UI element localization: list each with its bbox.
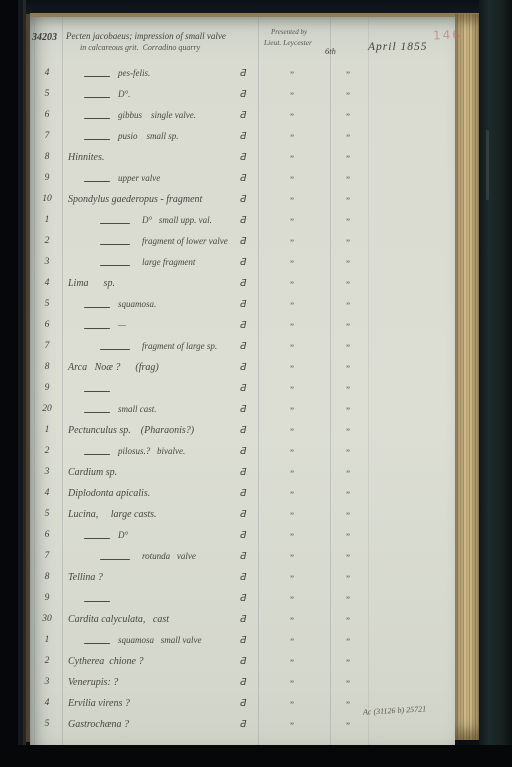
ditto-mark-date: ” (342, 637, 354, 647)
row-number: 2 (33, 236, 61, 246)
ditto-dash (100, 349, 130, 350)
ditto-mark-donor: ” (286, 721, 298, 731)
ditto-mark-date: ” (342, 448, 354, 458)
register-row: 8Tellina ?Ƌ”” (30, 568, 455, 589)
ditto-mark-donor: ” (286, 91, 298, 101)
book-photo: 34203 Pecten jacobaeus; impression of sm… (0, 0, 512, 767)
ditto-dash (84, 454, 110, 455)
column-mark: Ƌ (236, 530, 250, 541)
register-row: 5Gastrochæna ?Ƌ”” (30, 715, 455, 736)
cover-highlight (486, 130, 489, 200)
ditto-dash (100, 559, 130, 560)
row-entry-text: Hinnites. (68, 152, 104, 163)
ditto-mark-donor: ” (286, 469, 298, 479)
ditto-mark-date: ” (342, 70, 354, 80)
register-row: 8Hinnites.Ƌ”” (30, 148, 455, 169)
row-number: 6 (33, 320, 61, 330)
row-entry-text: Venerupis: ? (68, 677, 118, 688)
column-mark: Ƌ (236, 677, 250, 688)
ditto-mark-date: ” (342, 511, 354, 521)
ditto-mark-date: ” (342, 238, 354, 248)
ditto-mark-date: ” (342, 154, 354, 164)
donor-name: Lieut. Leycester (264, 38, 312, 47)
ditto-mark-donor: ” (286, 238, 298, 248)
row-number: 9 (33, 593, 61, 603)
column-mark: Ƌ (236, 635, 250, 646)
register-row: 7rotunda valveƋ”” (30, 547, 455, 568)
register-row: 3Cardium sp.Ƌ”” (30, 463, 455, 484)
ditto-mark-date: ” (342, 112, 354, 122)
column-mark: Ƌ (236, 257, 250, 268)
row-entry-text: Spondylus gaederopus - fragment (68, 194, 202, 205)
column-mark: Ƌ (236, 215, 250, 226)
column-mark: Ƌ (236, 173, 250, 184)
register-row: 1squamosa small valveƋ”” (30, 631, 455, 652)
entry-heading-line1: Pecten jacobaeus; impression of small va… (66, 31, 226, 41)
ditto-mark-date: ” (342, 322, 354, 332)
row-number: 9 (33, 383, 61, 393)
register-row: 6D°Ƌ”” (30, 526, 455, 547)
register-row: 9upper valveƋ”” (30, 169, 455, 190)
ditto-mark-date: ” (342, 595, 354, 605)
row-number: 5 (33, 719, 61, 729)
ditto-mark-date: ” (342, 616, 354, 626)
column-mark: Ƌ (236, 320, 250, 331)
row-entry-text: large fragment (142, 257, 195, 267)
ditto-mark-date: ” (342, 343, 354, 353)
row-number: 7 (33, 341, 61, 351)
ditto-mark-date: ” (342, 679, 354, 689)
ditto-mark-date: ” (342, 553, 354, 563)
ditto-dash (84, 97, 110, 98)
row-number: 9 (33, 173, 61, 183)
ditto-mark-date: ” (342, 700, 354, 710)
ditto-dash (84, 118, 110, 119)
ditto-mark-date: ” (342, 217, 354, 227)
register-row: 4pes-felis.Ƌ”” (30, 64, 455, 85)
ditto-mark-donor: ” (286, 532, 298, 542)
register-row: 20small cast.Ƌ”” (30, 400, 455, 421)
row-entry-text: pusio small sp. (118, 131, 179, 141)
row-entry-text: D° (118, 530, 128, 540)
ditto-mark-donor: ” (286, 280, 298, 290)
ditto-mark-donor: ” (286, 595, 298, 605)
book-cover (479, 0, 512, 767)
row-entry-text: Arca Noæ ? (frag) (68, 362, 159, 373)
ditto-mark-date: ” (342, 406, 354, 416)
ditto-mark-donor: ” (286, 637, 298, 647)
column-mark: Ƌ (236, 299, 250, 310)
ditto-dash (84, 181, 110, 182)
column-mark: Ƌ (236, 719, 250, 730)
date-annotation: April 1855 (368, 41, 428, 53)
row-number: 3 (33, 467, 61, 477)
register-row: 9Ƌ”” (30, 379, 455, 400)
row-entry-text: rotunda valve (142, 551, 196, 561)
row-entry-text: Cardium sp. (68, 467, 117, 478)
ditto-dash (84, 76, 110, 77)
ditto-mark-date: ” (342, 175, 354, 185)
row-entry-text: squamosa. (118, 299, 156, 309)
ditto-dash (100, 223, 130, 224)
column-mark: Ƌ (236, 593, 250, 604)
ditto-mark-donor: ” (286, 154, 298, 164)
column-mark: Ƌ (236, 404, 250, 415)
row-number: 1 (33, 425, 61, 435)
row-number: 5 (33, 89, 61, 99)
column-mark: Ƌ (236, 362, 250, 373)
register-row: 5D°.Ƌ”” (30, 85, 455, 106)
column-mark: Ƌ (236, 467, 250, 478)
column-mark: Ƌ (236, 89, 250, 100)
row-number: 2 (33, 446, 61, 456)
register-row: 4Diplodonta apicalis.Ƌ”” (30, 484, 455, 505)
row-entry-text: pilosus.? bivalve. (118, 446, 185, 456)
register-row: 6gibbus single valve.Ƌ”” (30, 106, 455, 127)
ditto-mark-donor: ” (286, 70, 298, 80)
ditto-mark-donor: ” (286, 343, 298, 353)
background-bottom-band (0, 745, 512, 767)
ditto-mark-date: ” (342, 133, 354, 143)
row-number: 7 (33, 551, 61, 561)
register-row: 5Lucina, large casts.Ƌ”” (30, 505, 455, 526)
column-mark: Ƌ (236, 509, 250, 520)
row-number: 8 (33, 572, 61, 582)
ditto-dash (84, 601, 110, 602)
row-entry-text: gibbus single valve. (118, 110, 196, 120)
register-row: 6—Ƌ”” (30, 316, 455, 337)
row-number: 1 (33, 635, 61, 645)
row-entry-text: fragment of lower valve (142, 236, 228, 246)
ditto-mark-donor: ” (286, 658, 298, 668)
register-row: 8Arca Noæ ? (frag)Ƌ”” (30, 358, 455, 379)
register-row: 7fragment of large sp.Ƌ”” (30, 337, 455, 358)
column-mark: Ƌ (236, 614, 250, 625)
entry-heading-line2: in calcareous grit. Corradino quarry (80, 43, 200, 52)
column-mark: Ƌ (236, 278, 250, 289)
row-entry-text: Pectunculus sp. (Pharaonis?) (68, 425, 194, 436)
register-row: 5squamosa.Ƌ”” (30, 295, 455, 316)
register-row: 3Venerupis: ?Ƌ”” (30, 673, 455, 694)
page-top-edge (30, 13, 479, 17)
row-number: 2 (33, 656, 61, 666)
day-annotation: 6th (325, 46, 336, 56)
ditto-dash (84, 391, 110, 392)
ditto-mark-donor: ” (286, 427, 298, 437)
column-mark: Ƌ (236, 341, 250, 352)
column-mark: Ƌ (236, 425, 250, 436)
ditto-mark-donor: ” (286, 448, 298, 458)
presented-by-label: Presented by (271, 28, 307, 36)
row-number: 4 (33, 68, 61, 78)
ditto-mark-donor: ” (286, 511, 298, 521)
column-mark: Ƌ (236, 551, 250, 562)
column-mark: Ƌ (236, 152, 250, 163)
register-row: 10Spondylus gaederopus - fragmentƋ”” (30, 190, 455, 211)
register-row: 2fragment of lower valveƋ”” (30, 232, 455, 253)
row-entry-text: pes-felis. (118, 68, 150, 78)
row-entry-text: upper valve (118, 173, 160, 183)
ditto-mark-donor: ” (286, 406, 298, 416)
register-number: 34203 (32, 32, 64, 43)
row-entry-text: small cast. (118, 404, 157, 414)
row-number: 7 (33, 131, 61, 141)
ditto-mark-donor: ” (286, 553, 298, 563)
ditto-mark-donor: ” (286, 490, 298, 500)
ditto-mark-donor: ” (286, 196, 298, 206)
row-entry-text: Lima sp. (68, 278, 115, 289)
row-number: 30 (33, 614, 61, 624)
register-row: 1Pectunculus sp. (Pharaonis?)Ƌ”” (30, 421, 455, 442)
ditto-mark-date: ” (342, 280, 354, 290)
row-number: 6 (33, 110, 61, 120)
ditto-dash (84, 307, 110, 308)
column-mark: Ƌ (236, 194, 250, 205)
folio-number-stamp: 146 (433, 27, 462, 42)
page-fore-edges (455, 14, 479, 740)
row-number: 5 (33, 509, 61, 519)
register-row: 30Cardita calyculata, castƋ”” (30, 610, 455, 631)
column-mark: Ƌ (236, 446, 250, 457)
row-number: 8 (33, 152, 61, 162)
register-row: 4Lima sp.Ƌ”” (30, 274, 455, 295)
column-mark: Ƌ (236, 383, 250, 394)
ditto-mark-date: ” (342, 91, 354, 101)
ditto-mark-date: ” (342, 385, 354, 395)
ditto-mark-donor: ” (286, 112, 298, 122)
ditto-dash (100, 244, 130, 245)
ditto-mark-date: ” (342, 364, 354, 374)
ditto-mark-date: ” (342, 301, 354, 311)
ditto-mark-date: ” (342, 721, 354, 731)
row-number: 5 (33, 299, 61, 309)
column-mark: Ƌ (236, 131, 250, 142)
register-row: 2Cytherea chione ?Ƌ”” (30, 652, 455, 673)
row-entry-text: Cytherea chione ? (68, 656, 143, 667)
ditto-mark-date: ” (342, 259, 354, 269)
ditto-mark-date: ” (342, 532, 354, 542)
row-entry-text: squamosa small valve (118, 635, 202, 645)
row-number: 3 (33, 257, 61, 267)
row-number: 4 (33, 278, 61, 288)
row-entry-text: Cardita calyculata, cast (68, 614, 169, 625)
column-mark: Ƌ (236, 572, 250, 583)
row-number: 1 (33, 215, 61, 225)
row-entry-text: fragment of large sp. (142, 341, 217, 351)
register-row: 2pilosus.? bivalve.Ƌ”” (30, 442, 455, 463)
ditto-mark-donor: ” (286, 700, 298, 710)
column-mark: Ƌ (236, 110, 250, 121)
background-left-band (0, 0, 26, 767)
column-mark: Ƌ (236, 698, 250, 709)
row-entry-text: D° small upp. val. (142, 215, 212, 225)
column-mark: Ƌ (236, 236, 250, 247)
ditto-mark-donor: ” (286, 175, 298, 185)
row-entry-text: Lucina, large casts. (68, 509, 157, 520)
ditto-mark-date: ” (342, 574, 354, 584)
ditto-mark-donor: ” (286, 385, 298, 395)
ditto-mark-donor: ” (286, 322, 298, 332)
row-entry-text: Ervilia virens ? (68, 698, 130, 709)
ditto-mark-date: ” (342, 427, 354, 437)
row-number: 4 (33, 488, 61, 498)
ditto-mark-donor: ” (286, 574, 298, 584)
row-number: 20 (33, 404, 61, 414)
row-entry-text: Tellina ? (68, 572, 103, 583)
ditto-dash (84, 328, 110, 329)
column-mark: Ƌ (236, 68, 250, 79)
row-entry-text: — (118, 320, 126, 330)
ditto-mark-donor: ” (286, 133, 298, 143)
column-mark: Ƌ (236, 656, 250, 667)
ditto-dash (100, 265, 130, 266)
register-row: 1D° small upp. val.Ƌ”” (30, 211, 455, 232)
row-number: 10 (33, 194, 61, 204)
ditto-dash (84, 538, 110, 539)
row-number: 3 (33, 677, 61, 687)
row-number: 6 (33, 530, 61, 540)
ditto-mark-date: ” (342, 490, 354, 500)
ditto-dash (84, 412, 110, 413)
register-row: 7pusio small sp.Ƌ”” (30, 127, 455, 148)
column-mark: Ƌ (236, 488, 250, 499)
ditto-mark-donor: ” (286, 301, 298, 311)
row-entry-text: Diplodonta apicalis. (68, 488, 150, 499)
register-row: 3large fragmentƋ”” (30, 253, 455, 274)
ditto-mark-date: ” (342, 658, 354, 668)
row-entry-text: D°. (118, 89, 130, 99)
ditto-mark-date: ” (342, 196, 354, 206)
ditto-mark-donor: ” (286, 364, 298, 374)
ditto-mark-donor: ” (286, 616, 298, 626)
register-row: 9Ƌ”” (30, 589, 455, 610)
ditto-dash (84, 139, 110, 140)
row-entry-text: Gastrochæna ? (68, 719, 129, 730)
ditto-dash (84, 643, 110, 644)
ditto-mark-donor: ” (286, 679, 298, 689)
ditto-mark-donor: ” (286, 259, 298, 269)
ditto-mark-donor: ” (286, 217, 298, 227)
row-number: 8 (33, 362, 61, 372)
row-number: 4 (33, 698, 61, 708)
ditto-mark-date: ” (342, 469, 354, 479)
